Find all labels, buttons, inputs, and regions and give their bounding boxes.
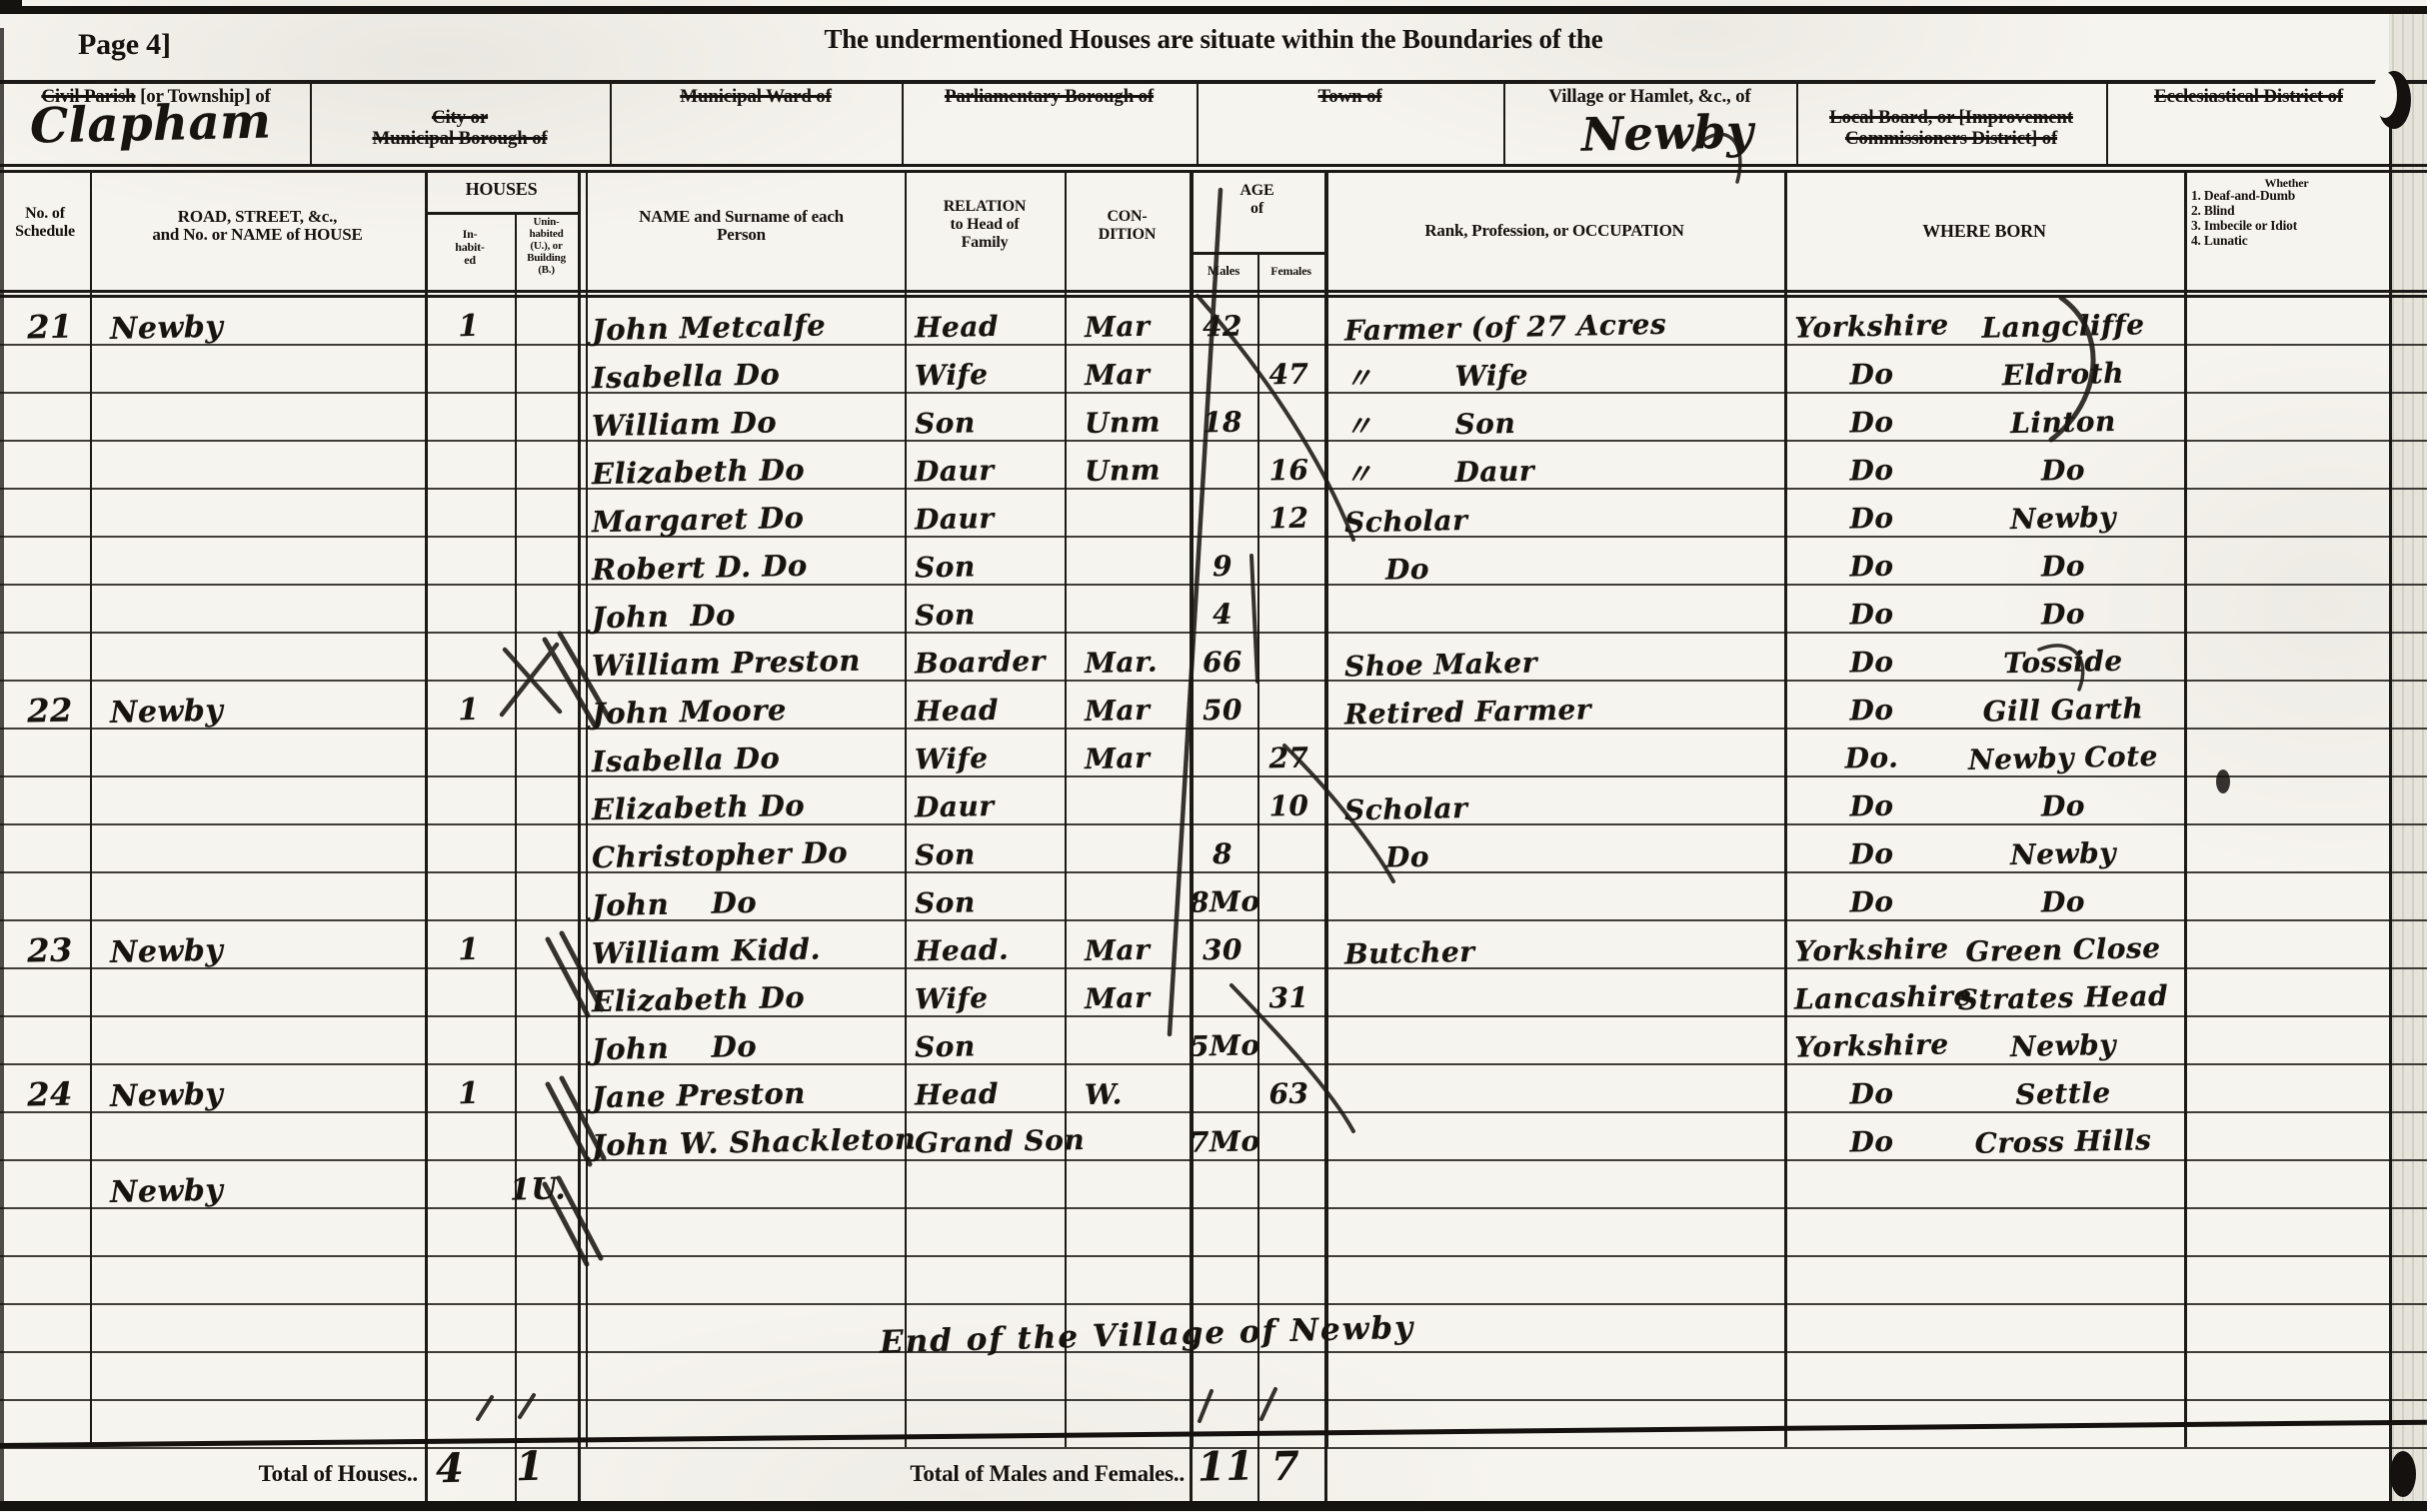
- table-rule-vertical: [1796, 84, 1798, 164]
- table-row: Isabella DoWifeMar47〃 WifeDoEldroth: [0, 344, 2427, 394]
- cell-road: Newby: [110, 932, 401, 968]
- cell-uninhabited: 1U.: [498, 1174, 579, 1206]
- cell-occupation: Shoe Maker: [1344, 644, 1775, 683]
- cell-schedule: 21: [14, 311, 87, 343]
- cell-name: John Do: [592, 1028, 903, 1064]
- cell-name: Robert D. Do: [592, 549, 903, 585]
- cell-born_b: Eldroth: [1949, 358, 2178, 393]
- local-board-struck-label: Local Board, or [Improvement Commissione…: [1829, 107, 2073, 149]
- table-rule-horizontal: [425, 212, 578, 215]
- header-condition: CON- DITION: [1065, 208, 1190, 244]
- cell-age_m: 66: [1190, 647, 1256, 678]
- cell-age_f: 16: [1255, 455, 1323, 486]
- cell-born_b: Newby Cote: [1949, 742, 2178, 776]
- location-col-city-borough: City or Municipal Borough of: [315, 86, 605, 149]
- header-name: NAME and Surname of each Person: [578, 208, 905, 244]
- cell-born_a: Do: [1794, 837, 1950, 870]
- cell-age_f: 12: [1255, 503, 1323, 534]
- location-col-local-board: Local Board, or [Improvement Commissione…: [1801, 86, 2101, 149]
- cell-name: Margaret Do: [592, 501, 903, 537]
- table-row: 24Newby1Jane PrestonHeadW.63DoSettle: [0, 1063, 2427, 1113]
- total-females: 7: [1271, 1443, 1300, 1491]
- cell-occupation: Do: [1344, 835, 1775, 874]
- cell-born_a: Do: [1794, 454, 1950, 487]
- cell-born_b: Strates Head: [1949, 981, 2178, 1016]
- cell-age_f: 10: [1255, 790, 1323, 821]
- cell-occupation: Scholar: [1344, 500, 1775, 539]
- cell-name: William Kidd.: [592, 932, 903, 968]
- table-row: John DoSon4DoDo: [0, 584, 2427, 634]
- cell-born_a: Do: [1794, 1125, 1950, 1158]
- cell-born_a: Do: [1794, 1077, 1950, 1110]
- cell-relation: Daur: [915, 454, 1064, 487]
- cell-born_a: Lancashire: [1794, 981, 1950, 1014]
- cell-occupation: Farmer (of 27 Acres: [1344, 308, 1775, 347]
- table-row: 22Newby1John MooreHeadMar50Retired Farme…: [0, 680, 2427, 730]
- cell-condition: Unm: [1085, 407, 1188, 439]
- cell-road: Newby: [110, 1172, 401, 1208]
- header-schedule: No. of Schedule: [0, 205, 90, 241]
- table-row: [0, 1207, 2427, 1257]
- ecclesiastical-struck-label: Ecclesiastical District of: [2154, 86, 2343, 107]
- cell-name: Elizabeth Do: [592, 788, 903, 824]
- cell-relation: Son: [915, 598, 1064, 631]
- scan-corner-mark: [0, 0, 22, 14]
- cell-name: Isabella Do: [592, 741, 903, 776]
- cell-born_a: Yorkshire: [1794, 933, 1950, 966]
- cell-name: William Do: [592, 405, 903, 441]
- village-value: Newby: [1580, 104, 1753, 162]
- header-infirmity-items: 1. Deaf-and-Dumb 2. Blind 3. Imbecile or…: [2191, 188, 2389, 248]
- table-rule-vertical: [578, 1447, 581, 1505]
- table-row: Elizabeth DoDaur10ScholarDoDo: [0, 775, 2427, 825]
- header-males: Males: [1190, 262, 1257, 280]
- cell-road: Newby: [110, 309, 401, 345]
- cell-name: Jane Preston: [592, 1076, 903, 1112]
- cell-born_a: Do: [1794, 358, 1950, 391]
- cell-condition: Mar: [1085, 359, 1188, 391]
- cell-born_a: Do.: [1794, 742, 1950, 774]
- table-rule-horizontal: [0, 170, 2427, 173]
- header-born: WHERE BORN: [1784, 222, 2184, 240]
- table-row: Elizabeth DoWifeMar31LancashireStrates H…: [0, 967, 2427, 1017]
- cell-born_b: Newby: [1949, 1029, 2178, 1064]
- cell-condition: Mar: [1085, 743, 1188, 774]
- cell-occupation: Butcher: [1344, 931, 1775, 970]
- cell-name: Christopher Do: [592, 836, 903, 872]
- scan-top-edge: [14, 6, 2427, 14]
- total-houses-uninhabited: 1: [516, 1443, 545, 1491]
- table-row: Robert D. DoSon9 DoDoDo: [0, 536, 2427, 586]
- cell-occupation: Scholar: [1344, 787, 1775, 826]
- cell-name: John Metcalfe: [592, 309, 903, 345]
- table-rule-horizontal: [1190, 252, 1324, 255]
- table-row: William DoSonUnm18〃 SonDoLinton: [0, 392, 2427, 442]
- table-rule-vertical: [1197, 84, 1199, 164]
- cell-born_b: Green Close: [1949, 933, 2178, 968]
- cell-occupation: 〃 Son: [1344, 404, 1775, 443]
- cell-born_a: Yorkshire: [1794, 310, 1950, 343]
- cell-age_f: 47: [1255, 359, 1323, 390]
- cell-occupation: 〃 Wife: [1344, 356, 1775, 395]
- cell-schedule: 24: [14, 1078, 87, 1110]
- header-age-group: AGE of: [1190, 182, 1324, 218]
- cell-born_a: Do: [1794, 789, 1950, 822]
- total-males: 11: [1198, 1442, 1255, 1490]
- city-borough-struck-label: City or Municipal Borough of: [372, 107, 547, 149]
- cell-born_a: Do: [1794, 550, 1950, 583]
- cell-born_b: Do: [1949, 789, 2178, 824]
- cell-relation: Son: [915, 837, 1064, 870]
- header-females: Females: [1257, 262, 1324, 280]
- cell-road: Newby: [110, 693, 401, 729]
- municipal-ward-struck-label: Municipal Ward of: [680, 86, 831, 107]
- cell-born_a: Do: [1794, 598, 1950, 631]
- table-row: John DoSon5MoYorkshireNewby: [0, 1015, 2427, 1065]
- location-col-municipal-ward: Municipal Ward of: [615, 86, 897, 107]
- cell-born_b: Gill Garth: [1949, 694, 2178, 729]
- cell-relation: Daur: [915, 789, 1064, 822]
- cell-born_b: Do: [1949, 598, 2178, 633]
- location-col-parliamentary-borough: Parliamentary Borough of: [907, 86, 1192, 107]
- total-people-label: Total of Males and Females..: [820, 1461, 1185, 1487]
- parliamentary-borough-struck-label: Parliamentary Borough of: [945, 86, 1154, 107]
- table-rule-vertical: [425, 1447, 428, 1505]
- cell-occupation: Retired Farmer: [1344, 692, 1775, 731]
- cell-age_f: 63: [1255, 1078, 1323, 1109]
- cell-name: Elizabeth Do: [592, 980, 903, 1016]
- cell-age_f: 27: [1255, 743, 1323, 773]
- cell-condition: Mar: [1085, 982, 1188, 1014]
- cell-relation: Head.: [915, 933, 1064, 966]
- cell-age_f: 31: [1255, 982, 1323, 1013]
- cell-born_b: Linton: [1949, 406, 2178, 441]
- table-rule-vertical: [2106, 84, 2108, 164]
- header-occupation: Rank, Profession, or OCCUPATION: [1324, 222, 1784, 240]
- table-rule-horizontal: [0, 80, 2427, 84]
- total-houses-label: Total of Houses..: [170, 1461, 418, 1487]
- cell-name: John Do: [592, 597, 903, 633]
- cell-age_m: 30: [1190, 934, 1256, 965]
- cell-age_m: 5Mo: [1190, 1030, 1256, 1061]
- header-road: ROAD, STREET, &c., and No. or NAME of HO…: [90, 208, 425, 244]
- header-inhabited: In- habit- ed: [425, 228, 515, 267]
- cell-schedule: 22: [14, 695, 87, 727]
- cell-relation: Son: [915, 406, 1064, 439]
- location-col-ecclesiastical: Ecclesiastical District of: [2111, 86, 2386, 107]
- cell-born_b: Newby: [1949, 502, 2178, 537]
- cell-born_b: Do: [1949, 550, 2178, 585]
- cell-schedule: 23: [14, 934, 87, 966]
- cell-relation: Head: [915, 694, 1064, 727]
- cell-born_b: Cross Hills: [1949, 1125, 2178, 1160]
- cell-age_m: 9: [1190, 551, 1256, 582]
- cell-relation: Daur: [915, 502, 1064, 535]
- cell-condition: Mar: [1085, 695, 1188, 727]
- cell-inhabited: 1: [425, 311, 514, 343]
- cell-condition: Mar: [1085, 311, 1188, 343]
- cell-relation: Wife: [915, 981, 1064, 1014]
- cell-relation: Wife: [915, 358, 1064, 391]
- table-row: John W. ShackletonGrand Son7MoDoCross Hi…: [0, 1111, 2427, 1161]
- cell-born_a: Do: [1794, 406, 1950, 439]
- document-title: The undermentioned Houses are situate wi…: [0, 24, 2427, 55]
- cell-occupation: 〃 Daur: [1344, 452, 1775, 491]
- cell-name: Elizabeth Do: [592, 453, 903, 489]
- total-houses-inhabited: 4: [436, 1445, 465, 1493]
- table-rule-vertical: [310, 84, 312, 164]
- cell-age_m: 18: [1190, 407, 1256, 438]
- cell-born_b: Tosside: [1949, 646, 2178, 681]
- cell-relation: Son: [915, 885, 1064, 918]
- table-row: [0, 1255, 2427, 1305]
- cell-born_b: Newby: [1949, 837, 2178, 872]
- table-row: 23Newby1William Kidd.Head.Mar30ButcherYo…: [0, 919, 2427, 969]
- header-relation: RELATION to Head of Family: [905, 198, 1065, 252]
- cell-condition: Mar.: [1085, 647, 1188, 679]
- cell-relation: Wife: [915, 742, 1064, 774]
- census-page-scan: Page 4] The undermentioned Houses are si…: [0, 0, 2427, 1512]
- cell-relation: Son: [915, 550, 1064, 583]
- cell-name: John Do: [592, 884, 903, 920]
- cell-inhabited: 1: [425, 1078, 514, 1110]
- scan-left-edge: [0, 28, 4, 1505]
- table-rule-vertical: [902, 84, 904, 164]
- table-row: William PrestonBoarderMar.66Shoe MakerDo…: [0, 632, 2427, 682]
- cell-name: Isabella Do: [592, 357, 903, 393]
- cell-age_m: 50: [1190, 695, 1256, 726]
- cell-born_a: Do: [1794, 646, 1950, 679]
- table-rule-vertical: [610, 84, 612, 164]
- table-row: Christopher DoSon8 DoDoNewby: [0, 823, 2427, 873]
- cell-age_m: 4: [1190, 599, 1256, 630]
- table-rule-horizontal: [0, 164, 2427, 167]
- cell-born_a: Do: [1794, 885, 1950, 918]
- table-row: John DoSon8MoDoDo: [0, 871, 2427, 921]
- cell-age_m: 8Mo: [1190, 886, 1256, 917]
- cell-age_m: 8: [1190, 838, 1256, 869]
- cell-born_b: Do: [1949, 454, 2178, 489]
- location-col-town: Town of: [1202, 86, 1498, 107]
- table-row: 21Newby1John MetcalfeHeadMar42Farmer (of…: [0, 296, 2427, 346]
- table-row: Elizabeth DoDaurUnm16〃 DaurDoDo: [0, 440, 2427, 490]
- table-rule-horizontal: [0, 290, 2427, 293]
- cell-condition: Unm: [1085, 455, 1188, 487]
- cell-inhabited: 1: [425, 695, 514, 727]
- header-houses-group: HOUSES: [425, 180, 578, 198]
- cell-born_a: Do: [1794, 694, 1950, 727]
- cell-born_b: Langcliffe: [1949, 310, 2178, 345]
- table-row: [0, 1351, 2427, 1401]
- civil-parish-value: Clapham: [29, 93, 272, 154]
- cell-road: Newby: [110, 1076, 401, 1112]
- cell-name: William Preston: [592, 645, 903, 681]
- cell-relation: Head: [915, 310, 1064, 343]
- cell-age_m: 7Mo: [1190, 1126, 1256, 1157]
- cell-relation: Grand Son: [915, 1125, 1064, 1158]
- cell-condition: W.: [1085, 1078, 1188, 1110]
- header-uninhabited: Unin- habited (U.), or Building (B.): [515, 216, 578, 276]
- cell-relation: Boarder: [915, 646, 1064, 679]
- cell-condition: Mar: [1085, 934, 1188, 966]
- cell-inhabited: 1: [425, 934, 514, 966]
- table-rule-vertical: [1257, 1447, 1259, 1505]
- cell-occupation: Do: [1344, 548, 1775, 587]
- table-row: Margaret DoDaur12ScholarDoNewby: [0, 488, 2427, 538]
- scan-bottom-edge: [0, 1501, 2427, 1511]
- cell-relation: Son: [915, 1029, 1064, 1062]
- table-row: Newby1U.: [0, 1159, 2427, 1209]
- town-struck-label: Town of: [1318, 86, 1382, 107]
- cell-age_m: 42: [1190, 311, 1256, 342]
- table-row: Isabella DoWifeMar27Do.Newby Cote: [0, 728, 2427, 777]
- cell-name: John Moore: [592, 693, 903, 729]
- cell-born_b: Settle: [1949, 1077, 2178, 1112]
- village-label: Village or Hamlet, &c., of: [1548, 86, 1750, 107]
- cell-born_b: Do: [1949, 885, 2178, 920]
- table-rule-vertical: [1324, 1447, 1327, 1505]
- cell-relation: Head: [915, 1077, 1064, 1110]
- cell-name: John W. Shackleton: [592, 1124, 903, 1160]
- table-rule-vertical: [1503, 84, 1505, 164]
- cell-born_a: Do: [1794, 502, 1950, 535]
- table-rule-vertical: [1190, 1447, 1193, 1505]
- cell-born_a: Yorkshire: [1794, 1029, 1950, 1062]
